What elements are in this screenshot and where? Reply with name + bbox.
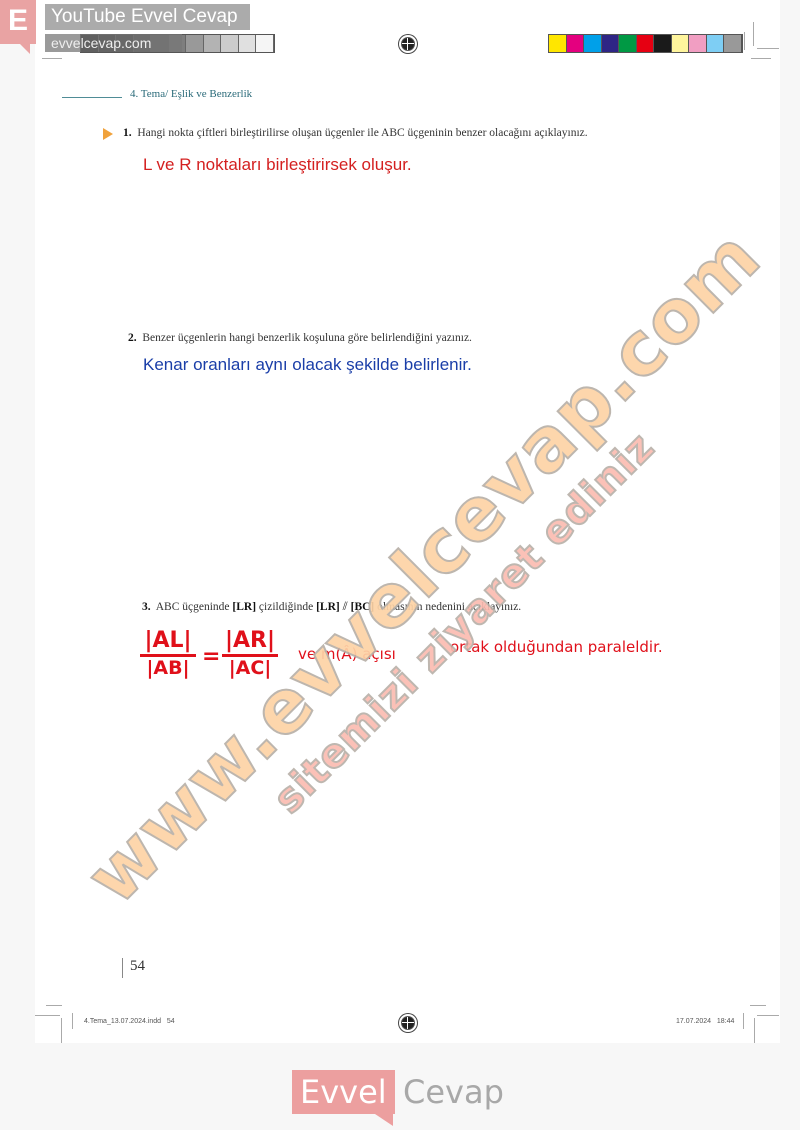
crop-mark <box>751 58 771 59</box>
color-swatch <box>707 35 725 52</box>
answer-2: Kenar oranları aynı olacak şekilde belir… <box>143 355 472 375</box>
registration-mark-icon <box>401 37 415 51</box>
channel-badge: E <box>0 0 36 44</box>
equals-sign: = <box>202 644 220 669</box>
color-swatch <box>637 35 655 52</box>
crop-mark <box>757 48 779 49</box>
registration-mark-icon <box>401 1016 415 1030</box>
gray-swatch <box>239 35 257 52</box>
site-label: evvelcevap.com <box>45 34 182 52</box>
page-number: 54 <box>130 958 145 975</box>
answer-1: L ve R noktaları birleştirirsek oluşur. <box>143 155 412 175</box>
crop-mark <box>46 1005 62 1006</box>
page-number-bar <box>122 958 123 978</box>
crop-mark <box>753 22 754 46</box>
cevap-logo: Cevap <box>403 1070 504 1114</box>
color-swatch <box>672 35 690 52</box>
color-swatch <box>619 35 637 52</box>
question-number: 2. <box>128 332 137 344</box>
badge-tail <box>20 44 30 54</box>
crop-mark <box>743 1013 744 1029</box>
fraction-al-ab: |AL| |AB| <box>140 628 196 679</box>
file-info: 4.Tema_13.07.2024.indd 54 <box>84 1018 175 1025</box>
crop-mark <box>750 1005 766 1006</box>
color-swatch <box>689 35 707 52</box>
question-2: 2. Benzer üçgenlerin hangi benzerlik koş… <box>128 332 472 344</box>
channel-title: YouTube Evvel Cevap <box>45 4 250 30</box>
crop-mark <box>754 1018 755 1043</box>
gray-swatch <box>186 35 204 52</box>
crop-mark <box>744 32 745 50</box>
logo-tail <box>375 1114 393 1126</box>
evvel-logo: Evvel <box>292 1070 395 1114</box>
play-arrow-icon <box>103 128 113 140</box>
color-swatch <box>567 35 585 52</box>
color-swatch <box>654 35 672 52</box>
badge-letter: E <box>8 4 28 38</box>
color-swatch <box>602 35 620 52</box>
handwritten-text-b: ortak olduğundan paraleldir. <box>450 638 663 656</box>
crop-mark <box>61 1018 62 1043</box>
question-text: Hangi nokta çiftleri birleştirilirse olu… <box>137 127 587 139</box>
gray-swatch <box>256 35 274 52</box>
color-swatch <box>584 35 602 52</box>
question-number: 3. <box>142 601 151 613</box>
crop-mark <box>35 1015 60 1016</box>
section-header: 4. Tema/ Eşlik ve Benzerlik <box>130 88 252 100</box>
crop-mark <box>72 1013 73 1029</box>
color-swatch <box>724 35 742 52</box>
print-date: 17.07.2024 18:44 <box>676 1018 734 1025</box>
gray-swatch <box>221 35 239 52</box>
question-number: 1. <box>123 127 132 139</box>
header-rule <box>62 97 122 98</box>
gray-swatch <box>204 35 222 52</box>
question-1: 1. Hangi nokta çiftleri birleştirilirse … <box>123 127 588 139</box>
crop-mark <box>757 1015 779 1016</box>
crop-mark <box>42 58 62 59</box>
question-text: Benzer üçgenlerin hangi benzerlik koşulu… <box>142 332 472 344</box>
color-calibration-bar <box>548 34 743 53</box>
color-swatch <box>549 35 567 52</box>
